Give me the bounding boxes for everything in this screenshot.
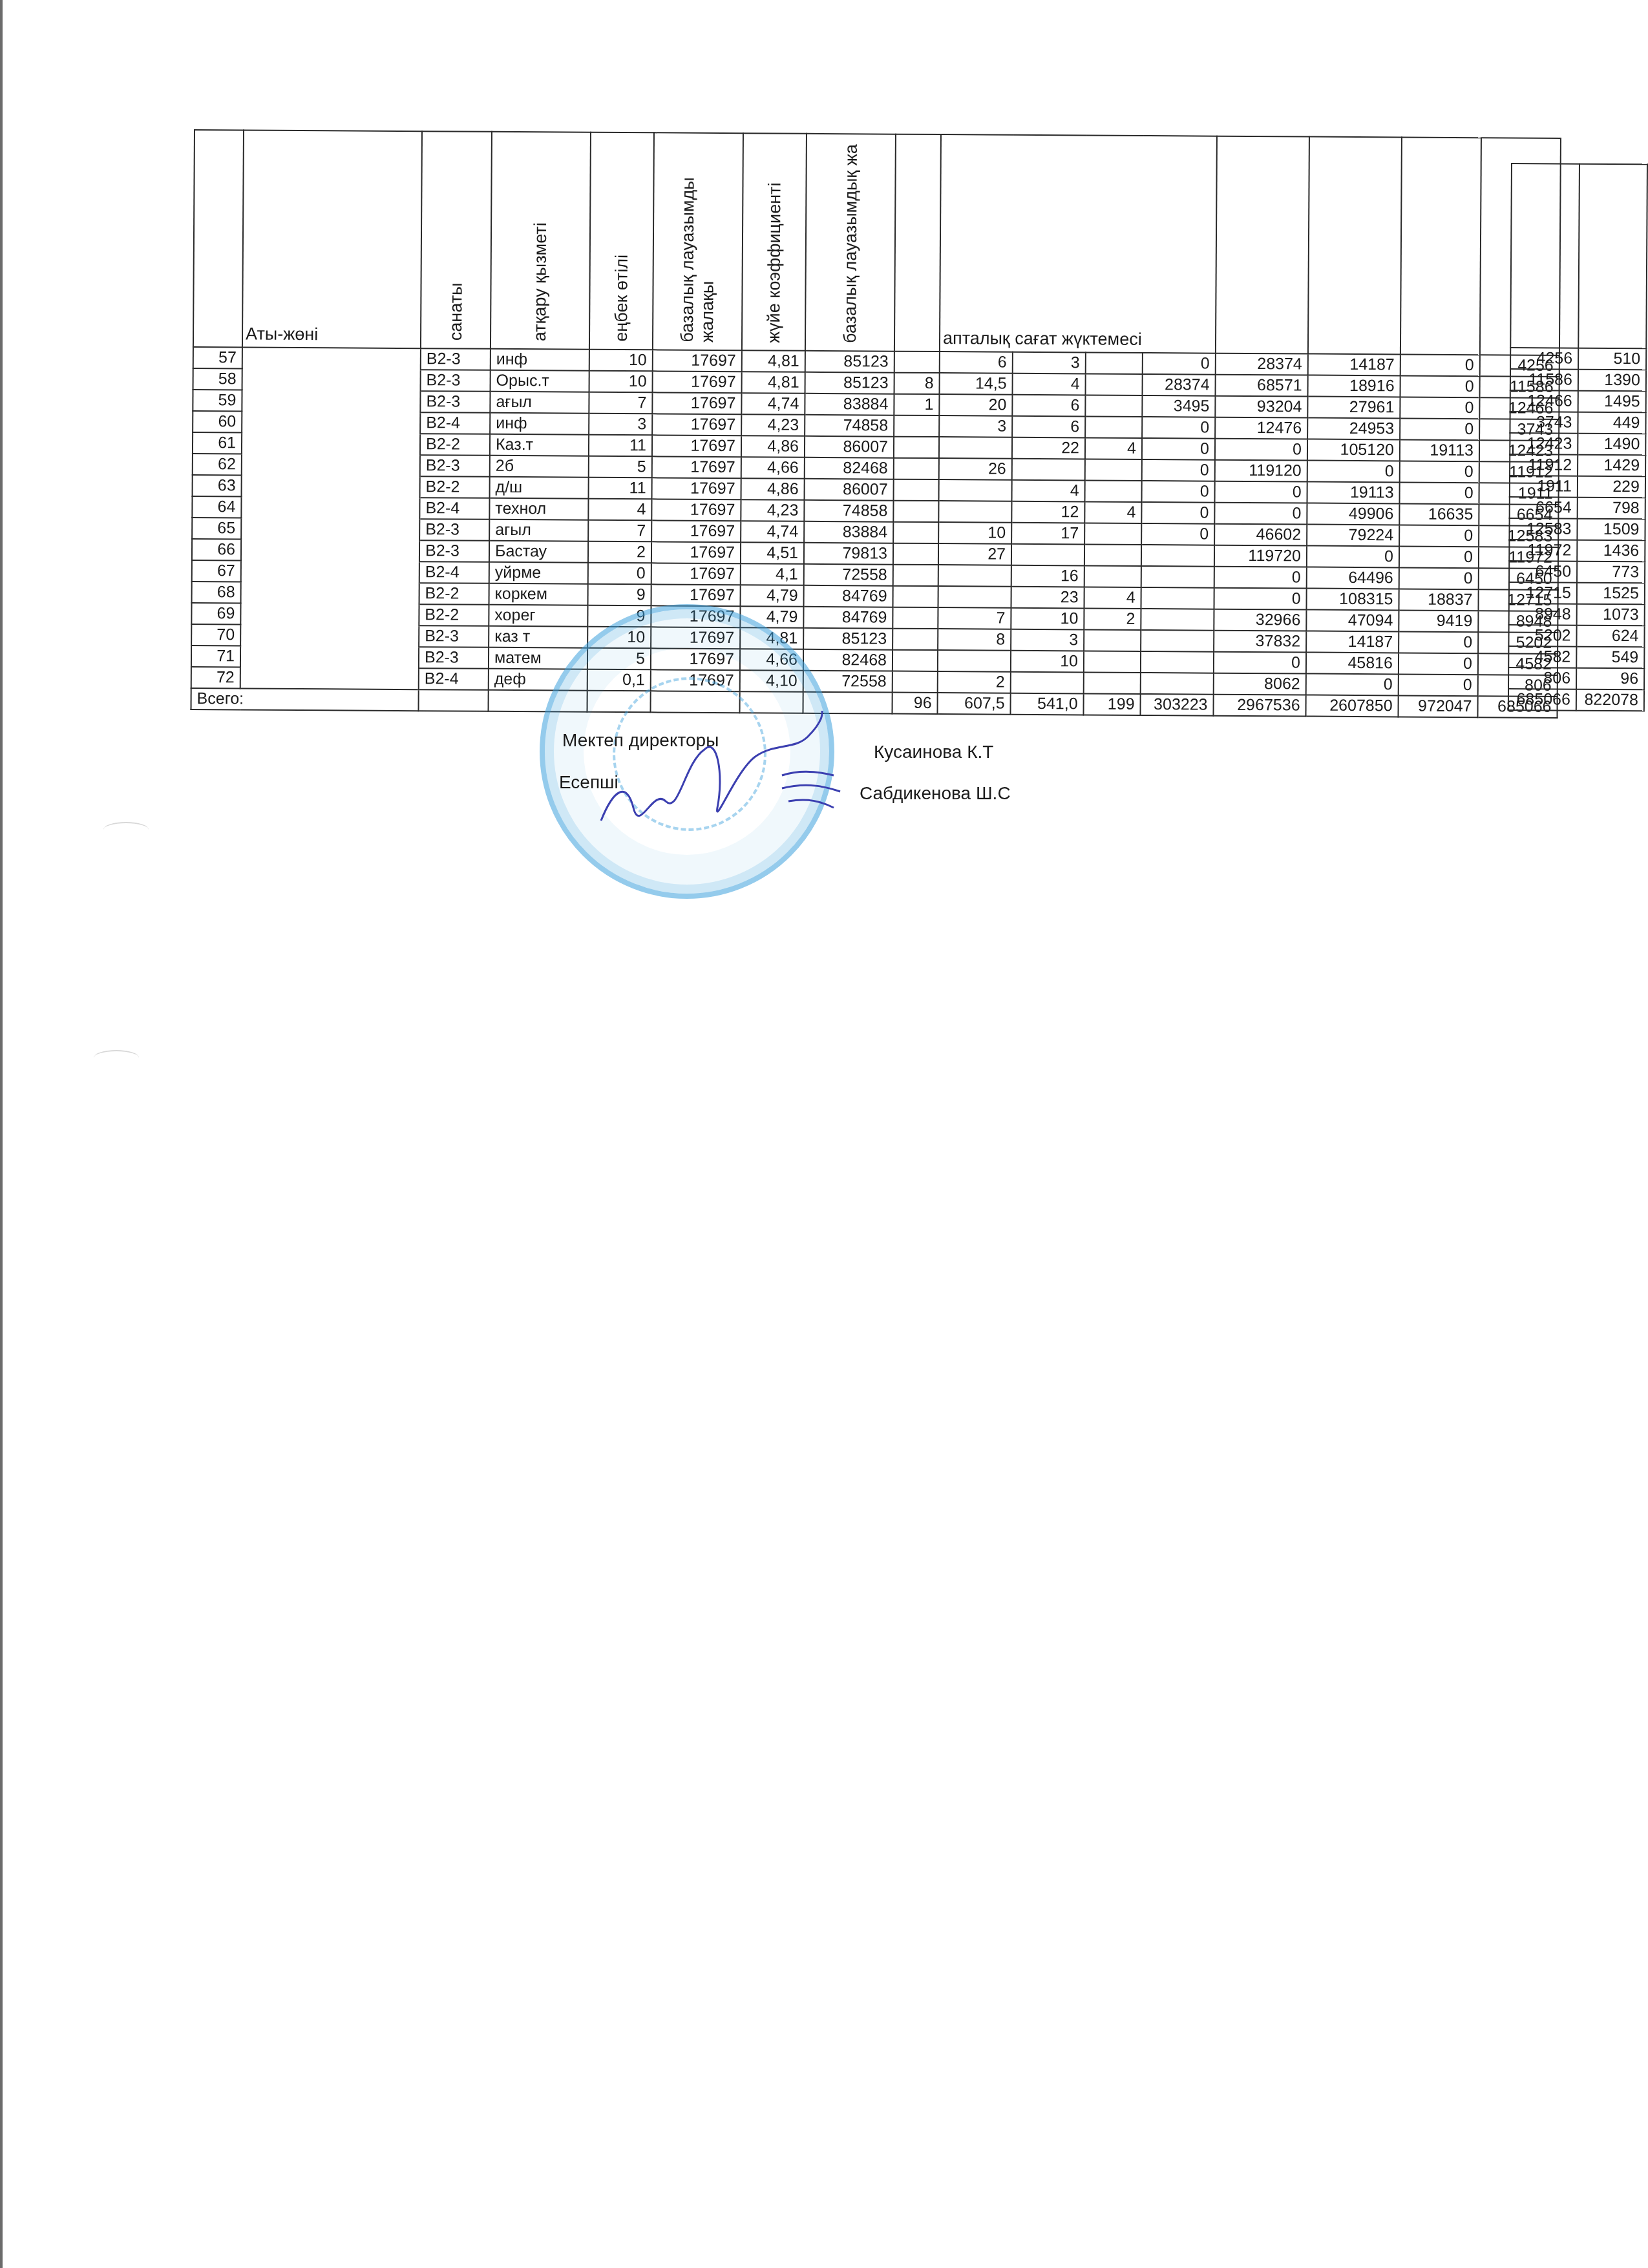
continuation-row: 119721436 — [1509, 540, 1645, 562]
cell-c: 12 — [1011, 501, 1084, 523]
cell-a — [893, 565, 938, 586]
cell-base: 84769 — [803, 607, 893, 629]
cell-k: 1509 — [1577, 519, 1645, 541]
cell-sal: 17697 — [652, 478, 741, 499]
cell-f: 0 — [1214, 567, 1307, 589]
cell-sub: Орыс.т — [491, 370, 589, 392]
cell-f: 93204 — [1215, 396, 1307, 418]
header-base-position-salary-label: базалық лауазымдық жа — [840, 144, 861, 343]
cell-d — [1084, 651, 1141, 673]
cell-e — [1141, 673, 1214, 695]
cell-h: 0 — [1400, 397, 1479, 419]
continuation-row: 1911229 — [1510, 476, 1645, 498]
table-header-row: Аты-жөні санаты атқару қызметі еңбек өті… — [193, 130, 1561, 355]
cell-a — [894, 479, 939, 501]
cell-a — [893, 522, 938, 543]
cell-sal: 17697 — [652, 414, 741, 436]
cell-sal: 17697 — [651, 648, 740, 670]
cell-b: 20 — [939, 394, 1012, 416]
cell-j: 12423 — [1510, 433, 1578, 455]
cell-base: 82468 — [805, 457, 894, 479]
cell-f: 0 — [1215, 439, 1307, 461]
cell-f: 46602 — [1214, 524, 1307, 546]
cell-b — [938, 565, 1011, 587]
cell-cat: B2-4 — [420, 412, 490, 434]
cell-a — [893, 607, 938, 629]
cell-d — [1086, 373, 1143, 395]
cell-e — [1141, 651, 1214, 673]
cell-e: 0 — [1142, 459, 1215, 481]
punch-hole-mark — [94, 1050, 139, 1066]
cell-sub: технол — [489, 498, 588, 520]
cell-coef: 4,79 — [740, 606, 803, 628]
cell-j: 11586 — [1510, 369, 1578, 391]
cell-d: 4 — [1085, 437, 1142, 459]
cell-no: 60 — [193, 411, 242, 432]
cell-g: 108315 — [1306, 589, 1399, 611]
cell-g: 47094 — [1306, 610, 1399, 632]
cell-d: 4 — [1084, 501, 1141, 523]
total-c: 541,0 — [1010, 693, 1083, 715]
cell-k: 1525 — [1577, 583, 1645, 605]
cell-sub: Бастау — [489, 541, 588, 563]
cell-j: 806 — [1508, 667, 1576, 689]
header-col-a — [894, 134, 941, 352]
cell-f: 0 — [1214, 503, 1307, 525]
cell-b: 10 — [938, 522, 1011, 544]
cell-sal: 17697 — [653, 371, 742, 393]
continuation-row: 6654798 — [1510, 497, 1645, 519]
cell-k: 798 — [1578, 498, 1645, 520]
cell-b: 8 — [938, 629, 1011, 651]
cell-exp: 0,1 — [587, 669, 651, 691]
cell-j: 3743 — [1510, 412, 1578, 434]
cell-d: 2 — [1084, 608, 1141, 630]
cell-sub: деф — [489, 669, 587, 691]
accountant-title: Есепші — [559, 772, 618, 793]
table-body: 57B2-3инф10176974,8185123630283741418704… — [191, 347, 1559, 718]
cell-c: 16 — [1011, 565, 1084, 587]
cell-e: 0 — [1141, 523, 1214, 545]
cell-j: 8948 — [1509, 604, 1577, 625]
cell-g: 14187 — [1306, 631, 1399, 653]
continuation-row: 80696 — [1508, 667, 1644, 689]
cell-g: 14187 — [1308, 354, 1400, 376]
cell-cat: B2-4 — [419, 498, 489, 520]
cell-name — [240, 667, 419, 689]
cell-name — [241, 582, 419, 604]
cell-exp: 10 — [589, 371, 653, 393]
cell-j: 11912 — [1510, 454, 1578, 476]
total-label: Всего: — [191, 688, 419, 711]
cell-k: 229 — [1578, 476, 1645, 498]
continuation-row: 119121429 — [1510, 454, 1645, 476]
cell-no: 58 — [193, 368, 242, 390]
cell-exp: 10 — [587, 627, 651, 649]
cell-b — [939, 479, 1012, 501]
cell-g: 18916 — [1308, 375, 1400, 397]
cell-name — [241, 496, 419, 519]
cell-exp: 11 — [589, 435, 652, 457]
cell-base: 84769 — [804, 585, 893, 607]
cell-g: 105120 — [1307, 439, 1400, 461]
cell-sub: Каз.т — [490, 434, 589, 456]
cell-sub: коркем — [489, 583, 588, 605]
salary-table: Аты-жөні санаты атқару қызметі еңбек өті… — [191, 129, 1561, 719]
cell-base: 74858 — [804, 500, 893, 522]
cell-d — [1085, 480, 1142, 502]
header-position-label: атқару қызметі — [530, 222, 551, 341]
cell-k: 1490 — [1578, 434, 1645, 456]
cell-base: 82468 — [803, 649, 893, 671]
cell-h: 0 — [1400, 418, 1479, 440]
cell-exp: 0 — [588, 563, 651, 585]
cell-name — [242, 347, 421, 370]
cell-a — [893, 586, 938, 607]
cell-c — [1012, 459, 1085, 481]
cell-exp: 5 — [587, 648, 651, 670]
cell-cat: B2-3 — [420, 391, 490, 413]
cell-sal: 17697 — [651, 541, 741, 563]
header-weekly-hours: апталық сағат жүктемесі — [940, 134, 1217, 353]
cell-c: 4 — [1012, 480, 1085, 502]
cell-j: 6654 — [1510, 497, 1578, 519]
total-f: 2967536 — [1213, 695, 1305, 717]
cell-a — [893, 671, 938, 693]
cell-sal: 17697 — [651, 627, 740, 649]
cell-e: 3495 — [1142, 395, 1215, 417]
cell-base: 85123 — [805, 372, 894, 394]
continuation-row: 5202624 — [1508, 625, 1644, 647]
cell-sal: 17697 — [652, 435, 741, 457]
cell-exp: 7 — [589, 392, 652, 414]
cell-d — [1085, 416, 1142, 438]
cell-a — [894, 352, 940, 373]
cell-a — [893, 501, 938, 522]
cell-a — [893, 543, 938, 565]
cell-no: 70 — [191, 624, 240, 646]
cell-f: 0 — [1214, 588, 1306, 610]
header-col-g — [1308, 137, 1402, 355]
continuation-row: 4582549 — [1508, 646, 1644, 668]
cell-k: 624 — [1576, 625, 1644, 647]
cell-b: 26 — [939, 458, 1012, 480]
cell-b: 3 — [939, 415, 1012, 437]
cell-e: 0 — [1142, 438, 1215, 460]
cell-d — [1084, 672, 1141, 694]
cell-coef: 4,23 — [741, 414, 805, 436]
cell-g: 49906 — [1307, 503, 1399, 525]
header-experience-label: еңбек өтілі — [611, 255, 632, 342]
cell-a — [893, 629, 938, 650]
cell-no: 66 — [192, 539, 241, 560]
cell-exp: 11 — [589, 478, 652, 499]
cell-b — [938, 501, 1011, 523]
header-name-label: Аты-жөні — [246, 324, 318, 344]
cell-name — [242, 454, 420, 476]
cell-cat: B2-3 — [420, 455, 490, 477]
continuation-row: 124661495 — [1510, 390, 1646, 412]
cell-e: 0 — [1143, 353, 1216, 375]
accountant-name: Сабдикенова Ш.С — [860, 783, 1011, 804]
cell-g: 0 — [1307, 546, 1399, 568]
cell-a — [894, 437, 939, 458]
header-name: Аты-жөні — [242, 130, 422, 348]
continuation-row: 6450773 — [1509, 561, 1645, 583]
cell-sal: 17697 — [652, 392, 741, 414]
cell-b: 6 — [940, 352, 1013, 373]
cell-g: 0 — [1307, 461, 1400, 483]
header-coefficient: жүйе коэффициенті — [742, 133, 807, 351]
director-title: Мектеп директоры — [562, 730, 719, 751]
total-e: 303223 — [1140, 694, 1213, 716]
cell-coef: 4,66 — [741, 457, 805, 479]
cell-name — [241, 539, 419, 562]
cell-j: 1911 — [1510, 476, 1578, 498]
cell-exp: 10 — [589, 350, 653, 372]
cell-k: 1390 — [1578, 370, 1646, 392]
cell-cat: B2-4 — [419, 668, 489, 690]
total-a: 96 — [892, 693, 937, 714]
director-name: Кусаинова К.Т — [874, 742, 993, 762]
cell-cat: B2-3 — [419, 540, 489, 562]
cell-sub: 2б — [490, 456, 589, 478]
cell-f: 119120 — [1215, 460, 1307, 482]
cell-d — [1084, 544, 1141, 566]
total-k: 822078 — [1576, 689, 1644, 711]
cell-g: 45816 — [1306, 653, 1399, 675]
cell-coef: 4,81 — [742, 350, 805, 372]
cell-k: 1429 — [1578, 455, 1645, 477]
cell-sub: инф — [490, 413, 589, 435]
header-col-f — [1216, 136, 1309, 354]
cell-base: 72558 — [804, 564, 893, 586]
header-position: атқару қызметі — [491, 132, 591, 350]
continuation-row: 124231490 — [1510, 433, 1645, 455]
cell-c: 6 — [1012, 416, 1085, 438]
header-category-label: санаты — [446, 283, 467, 341]
cell-no: 68 — [192, 582, 241, 603]
cell-no: 71 — [191, 646, 240, 667]
cell-coef: 4,66 — [740, 649, 803, 671]
cell-cat: B2-2 — [419, 604, 489, 626]
cell-no: 61 — [193, 432, 242, 454]
cell-e — [1141, 609, 1214, 631]
total-empty-cell — [651, 691, 740, 713]
continuation-row: 115861390 — [1510, 369, 1646, 391]
cell-no: 63 — [193, 475, 242, 496]
cell-h: 0 — [1399, 631, 1478, 653]
continuation-total-row: 685066822078 — [1508, 689, 1644, 711]
continuation-table: 4256510115861390124661495374344912423149… — [1508, 163, 1648, 711]
cell-b: 14,5 — [940, 373, 1013, 395]
header-col-h — [1400, 137, 1481, 355]
cell-h: 9419 — [1399, 610, 1478, 632]
cell-k: 510 — [1578, 348, 1646, 370]
cell-coef: 4,86 — [741, 478, 805, 500]
cell-coef: 4,81 — [740, 627, 803, 649]
total-j: 685066 — [1508, 689, 1576, 711]
cell-a — [894, 458, 939, 479]
cell-k: 1495 — [1578, 391, 1646, 413]
cell-exp: 9 — [588, 584, 651, 606]
cell-sub: д/ш — [490, 477, 589, 499]
cell-coef: 4,86 — [741, 436, 805, 457]
cell-g: 19113 — [1307, 482, 1399, 504]
total-empty-cell — [803, 692, 892, 714]
cell-base: 79813 — [804, 543, 893, 565]
cell-d — [1085, 395, 1142, 417]
cell-j: 12715 — [1509, 582, 1577, 604]
cell-b — [938, 586, 1011, 608]
cell-name — [241, 518, 419, 540]
cell-exp: 3 — [589, 414, 652, 436]
cell-d: 4 — [1084, 587, 1141, 609]
header-experience: еңбек өтілі — [589, 132, 654, 350]
cell-no: 64 — [192, 496, 241, 518]
cell-sal: 17697 — [653, 350, 742, 372]
cell-f: 0 — [1214, 652, 1306, 674]
cell-e — [1141, 587, 1214, 609]
cell-exp: 7 — [588, 520, 651, 542]
cell-j: 6450 — [1509, 561, 1577, 583]
cell-e: 0 — [1141, 502, 1214, 524]
cell-base: 86007 — [805, 479, 894, 501]
cell-c — [1011, 544, 1084, 566]
cell-h: 0 — [1400, 461, 1479, 483]
cell-g: 27961 — [1307, 397, 1400, 419]
cell-coef: 4,74 — [741, 521, 804, 543]
cell-cat: B2-4 — [419, 562, 489, 583]
cell-h: 0 — [1400, 375, 1480, 397]
cell-exp: 5 — [589, 456, 652, 478]
cell-cat: B2-2 — [420, 476, 490, 498]
total-empty-cell — [419, 689, 489, 711]
cell-base: 83884 — [804, 521, 893, 543]
cell-b: 27 — [938, 543, 1011, 565]
continuation-row: 125831509 — [1509, 518, 1645, 540]
cell-sub: уйрме — [489, 562, 588, 584]
cell-sal: 17697 — [651, 520, 741, 542]
continuation-row: 4256510 — [1510, 348, 1646, 370]
cell-coef: 4,10 — [740, 670, 803, 692]
cell-sub: инф — [491, 349, 589, 371]
header-base-salary: базалық лауазымды жалақы — [653, 132, 743, 350]
cell-d — [1084, 565, 1141, 587]
cell-coef: 4,23 — [741, 499, 804, 521]
cell-a — [893, 650, 938, 671]
cell-sub: каз т — [489, 626, 587, 648]
cell-name — [242, 475, 420, 498]
cell-k: 1436 — [1577, 540, 1645, 562]
cell-no: 59 — [193, 390, 242, 411]
cell-h: 0 — [1399, 546, 1479, 568]
cell-no: 57 — [193, 347, 242, 368]
cell-a: 1 — [894, 394, 939, 415]
cell-base: 72558 — [803, 671, 893, 693]
cell-c: 22 — [1012, 437, 1085, 459]
total-empty-cell — [489, 690, 587, 712]
cell-d — [1086, 352, 1143, 374]
cell-e: 28374 — [1143, 374, 1216, 396]
cell-d — [1085, 459, 1142, 481]
cell-base: 74858 — [805, 415, 894, 437]
cell-name — [240, 603, 419, 625]
cell-j: 12583 — [1509, 518, 1577, 540]
continuation-row: 89481073 — [1509, 604, 1645, 625]
header-weekly-hours-label: апталық сағат жүктемесі — [943, 328, 1142, 349]
cell-k: 449 — [1578, 412, 1645, 434]
cell-sal: 17697 — [651, 563, 741, 585]
cell-sub: ағыл — [490, 392, 589, 414]
cell-name — [242, 368, 421, 391]
cell-coef: 4,51 — [741, 542, 804, 564]
cell-e — [1141, 566, 1214, 588]
cell-sal: 17697 — [651, 499, 741, 521]
cell-sal: 17697 — [651, 584, 741, 606]
cell-no: 69 — [191, 603, 240, 624]
cell-k: 773 — [1577, 562, 1645, 583]
cell-b — [938, 650, 1011, 672]
cell-no: 62 — [193, 454, 242, 475]
cell-cat: B2-3 — [419, 519, 489, 541]
cell-f: 119720 — [1214, 545, 1307, 567]
cell-k: 549 — [1576, 647, 1644, 669]
cell-h: 16635 — [1399, 503, 1479, 525]
cell-name — [240, 646, 419, 668]
cell-name — [241, 560, 419, 583]
cell-c — [1011, 672, 1084, 694]
cell-b — [939, 437, 1012, 459]
cell-k: 1073 — [1577, 604, 1645, 626]
cell-f: 68571 — [1216, 375, 1308, 397]
cell-c: 4 — [1013, 373, 1086, 395]
cell-coef: 4,1 — [741, 563, 804, 585]
cell-base: 85123 — [803, 628, 893, 650]
cell-cat: B2-3 — [419, 625, 489, 647]
cell-c: 10 — [1011, 651, 1084, 673]
total-d: 199 — [1083, 693, 1140, 715]
cell-e: 0 — [1142, 481, 1215, 503]
cell-h: 19113 — [1400, 439, 1479, 461]
continuation-row: 3743449 — [1510, 412, 1645, 434]
scan-edge — [0, 0, 3, 2268]
cell-b: 7 — [938, 607, 1011, 629]
cell-coef: 4,79 — [741, 585, 804, 607]
cell-g: 79224 — [1307, 525, 1399, 547]
cell-coef: 4,74 — [741, 393, 805, 415]
cell-j: 4256 — [1510, 348, 1578, 370]
total-empty-cell — [587, 691, 651, 713]
cell-j: 4582 — [1508, 646, 1576, 668]
cell-g: 0 — [1306, 674, 1399, 696]
cell-h: 0 — [1399, 525, 1479, 547]
cell-c: 10 — [1011, 608, 1084, 630]
cell-j: 11972 — [1509, 540, 1577, 562]
cell-name — [242, 432, 420, 455]
cell-cat: B2-3 — [419, 647, 489, 669]
cell-c: 23 — [1011, 587, 1084, 609]
cell-c: 3 — [1011, 629, 1084, 651]
header-category: санаты — [421, 131, 492, 349]
cell-coef: 4,81 — [742, 372, 805, 394]
cell-no: 72 — [191, 667, 240, 688]
cell-base: 83884 — [805, 394, 894, 415]
cell-a — [894, 415, 939, 437]
cell-f: 28374 — [1216, 353, 1308, 375]
cell-d — [1084, 629, 1141, 651]
cell-f: 8062 — [1214, 673, 1306, 695]
